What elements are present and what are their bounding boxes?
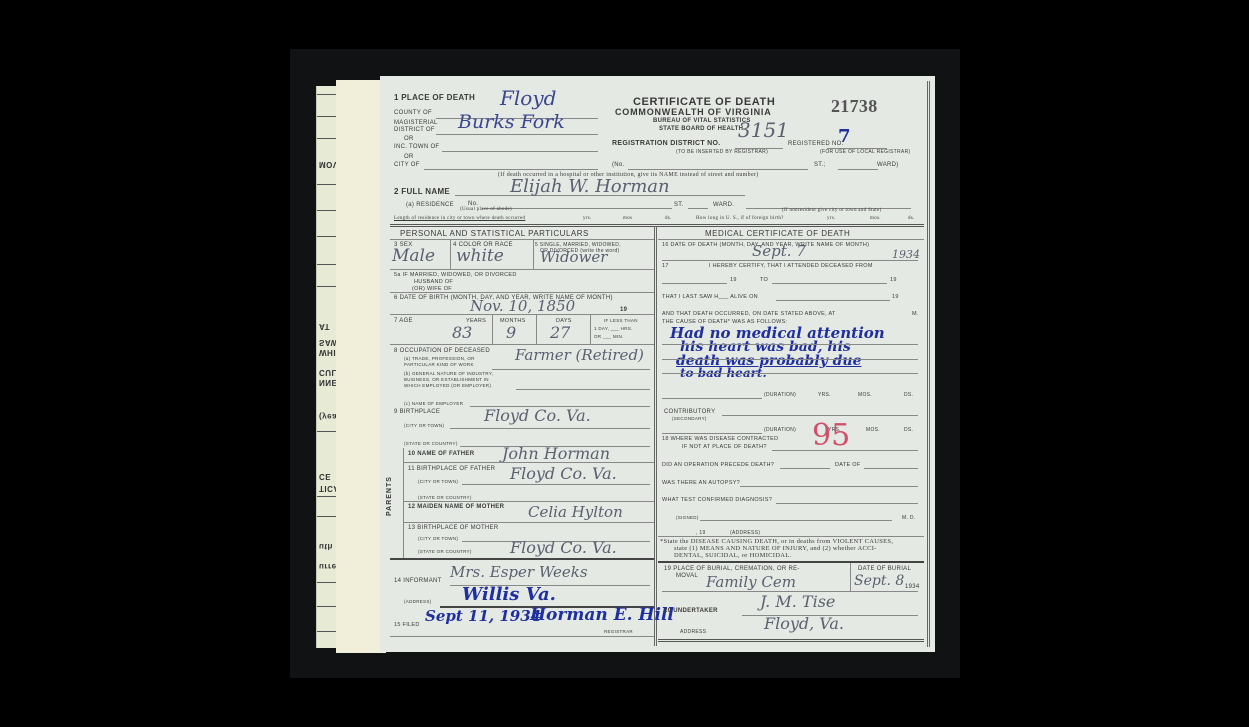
birthplace-value: Floyd Co. Va. [484,406,591,425]
mos-label: MOS. [866,427,880,433]
st-label: ST.; [814,162,826,168]
certificate-board: STATE BOARD OF HEALTH [659,126,743,132]
contributory-label: CONTRIBUTORY [664,409,715,415]
lt-label: 1 DAY, ___ HRS. [594,326,633,331]
dob-19: 19 [620,307,627,313]
yrs-label: yrs. [583,216,592,221]
burial-place-value: Family Cem [706,573,796,591]
state-label: (STATE OR COUNTRY) [418,549,472,554]
personal-header: PERSONAL AND STATISTICAL PARTICULARS [400,229,589,238]
lt-label: IF LESS THAN [604,318,638,323]
death-certificate: CERTIFICATE OF DEATH COMMONWEALTH OF VIR… [380,76,935,652]
father-birthplace-label: 11 BIRTHPLACE OF FATHER [408,466,495,472]
ward-label: WARD) [877,162,899,168]
district-label: DISTRICT OF [394,127,435,133]
marital-value: Widower [540,248,607,266]
ds-label: ds. [908,216,915,221]
to-label: TO [760,277,768,283]
registered-no-label: REGISTERED NO. [788,141,844,147]
footnote: state (1) MEANS AND NATURE OF INJURY, an… [674,545,877,552]
full-name-value: Elijah W. Horman [510,176,670,197]
test-label: WHAT TEST CONFIRMED DIAGNOSIS? [662,497,772,503]
contracted-label: 18 WHERE WAS DISEASE CONTRACTED [662,436,778,442]
district-value: Burks Fork [458,111,565,133]
district-label: MAGISTERIAL [394,120,438,126]
burial-place-label: MOVAL [676,573,698,579]
occupation-a-label: (a) TRADE, PROFESSION, OR [404,356,475,361]
nonresident-note: (If nonresident give city or town and St… [782,208,881,213]
duration-label: (DURATION) [764,427,796,433]
yrs-label: YRS. [818,392,831,398]
burial-year-value: 1934 [905,584,920,590]
registrar-label: REGISTRAR [604,629,633,634]
contracted-label: IF NOT AT PLACE OF DEATH? [682,444,767,450]
father-birthplace-value: Floyd Co. Va. [510,464,617,483]
certify-label: I HEREBY CERTIFY, THAT I ATTENDED DECEAS… [709,263,873,269]
lt-label: OR ___ MIN. [594,334,624,339]
mirrored-text: CE [319,472,331,481]
certify-no: 17 [662,263,669,269]
secondary-label: (SECONDARY) [672,416,707,421]
red-mark: 95 [812,418,850,453]
medical-header: MEDICAL CERTIFICATE OF DEATH [705,229,850,238]
occupation-label: 8 OCCUPATION OF DECEASED [394,348,490,354]
from-19: 19 [730,277,737,283]
occurred-label: AND THAT DEATH OCCURRED, ON DATE STATED … [662,311,836,317]
city-label: (CITY OR TOWN) [404,423,444,428]
undertaker-label: 20 UNDERTAKER [664,608,718,614]
state-label: (STATE OR COUNTRY) [418,495,472,500]
registered-no-note: (FOR USE OF LOCAL REGISTRAR) [820,149,910,155]
race-value: white [456,246,504,266]
or-label: OR [404,154,414,160]
date-of-label: DATE OF [835,462,861,468]
to-19: 19 [890,277,897,283]
registered-no-value: 7 [838,126,851,147]
parents-side-label: PARENTS [386,476,393,516]
undertaker-address-value: Floyd, Va. [764,614,844,633]
registration-district-label: REGISTRATION DISTRICT NO. [612,140,720,147]
father-label: 10 NAME OF FATHER [408,451,474,457]
father-value: John Horman [502,444,610,463]
occupation-b-label: BUSINESS, OR ESTABLISHMENT IN [404,377,489,382]
county-value: Floyd [500,86,556,110]
age-years-value: 83 [452,323,472,342]
us-residence-label: How long in U. S., if of foreign birth? [696,216,784,221]
last-saw-19: 19 [892,294,899,300]
filed-label: 15 FILED [394,622,420,628]
occupation-b-label: (b) GENERAL NATURE OF INDUSTRY, [404,371,493,376]
certificate-bureau: BUREAU OF VITAL STATISTICS [653,118,751,124]
burial-date-label: DATE OF BURIAL [858,566,911,572]
st-label: ST. [674,202,684,208]
burial-place-label: 19 PLACE OF BURIAL, CREMATION, OR RE- [664,566,800,572]
mos-label: MOS. [858,392,872,398]
informant-value: Mrs. Esper Weeks [450,563,588,581]
footnote: *State the DISEASE CAUSING DEATH, or in … [660,538,893,545]
informant-address-value: Willis Va. [462,584,556,605]
mos-label: mos. [870,216,881,221]
mother-birthplace-value: Floyd Co. Va. [510,538,617,557]
yrs-label: yrs. [827,216,836,221]
city-label: (CITY OR TOWN) [418,479,458,484]
city-label: CITY OF [394,162,420,168]
undertaker-address-label: ADDRESS [680,629,706,635]
registration-district-note: (TO BE INSERTED BY REGISTRAR) [676,149,768,155]
or-label: OR [404,136,414,142]
residence-label: (a) RESIDENCE [406,202,454,208]
operation-label: DID AN OPERATION PRECEDE DEATH? [662,462,774,468]
spouse-label: 5a IF MARRIED, WIDOWED, OR DIVORCED [394,272,517,278]
dob-value: Nov. 10, 1850 [470,297,575,315]
burial-date-value: Sept. 8 [854,573,904,589]
age-label: 7 AGE [394,318,413,324]
mother-label: 12 MAIDEN NAME OF MOTHER [408,504,504,510]
town-label: INC. TOWN OF [394,144,439,150]
ds-label: DS. [904,427,913,433]
place-of-death-label: 1 PLACE OF DEATH [394,93,475,102]
mother-birthplace-label: 13 BIRTHPLACE OF MOTHER [408,525,498,531]
occupation-a-label: PARTICULAR KIND OF WORK [404,362,474,367]
autopsy-label: WAS THERE AN AUTOPSY? [662,480,740,486]
birthplace-label: 9 BIRTHPLACE [394,409,440,415]
last-saw-label: THAT I LAST SAW H___ ALIVE ON [662,294,758,300]
state-label: (STATE OR COUNTRY) [404,441,458,446]
filed-date-value: Sept 11, 1934 [425,607,541,625]
informant-label: 14 INFORMANT [394,578,442,584]
age-months-value: 9 [506,323,516,342]
occupation-value: Farmer (Retired) [515,346,644,364]
ward-label: WARD. [713,202,734,208]
certificate-number: 21738 [831,96,878,117]
ds-label: DS. [904,392,913,398]
no-label: (No. [612,162,625,168]
full-name-label: 2 FULL NAME [394,187,450,196]
md-label: M. D. [902,515,915,521]
address-label: (ADDRESS) [404,599,431,604]
m-label: M. [912,311,919,317]
registration-district-value: 3151 [738,118,789,142]
county-label: COUNTY OF [394,110,432,116]
mos-label: mos [623,216,632,221]
footnote: DENTAL, SUICIDAL, or HOMICIDAL. [674,552,791,559]
undertaker-value: J. M. Tise [760,592,835,611]
abode-note: (Usual place of abode) [460,207,512,212]
city-label: (CITY OR TOWN) [418,536,458,541]
ds-label: ds. [665,216,672,221]
dod-value: Sept. 7 [752,242,806,260]
signed-label: (SIGNED) [676,515,699,520]
duration-label: (DURATION) [764,392,796,398]
mother-value: Celia Hylton [528,503,623,521]
employer-label: (c) NAME OF EMPLOYER [404,401,463,406]
age-days-value: 27 [550,323,570,342]
registrar-signature: Horman E. Hill [530,605,674,625]
mirrored-text: AT [319,322,330,331]
occupation-b-label: WHICH EMPLOYED (OR EMPLOYER) [404,383,491,388]
spouse-label: HUSBAND OF [414,279,453,285]
certificate-state: COMMONWEALTH OF VIRGINIA [615,107,772,117]
length-residence-label: Length of residence in city or town wher… [394,216,525,221]
sex-value: Male [392,246,435,266]
cream-sheet [336,80,386,653]
